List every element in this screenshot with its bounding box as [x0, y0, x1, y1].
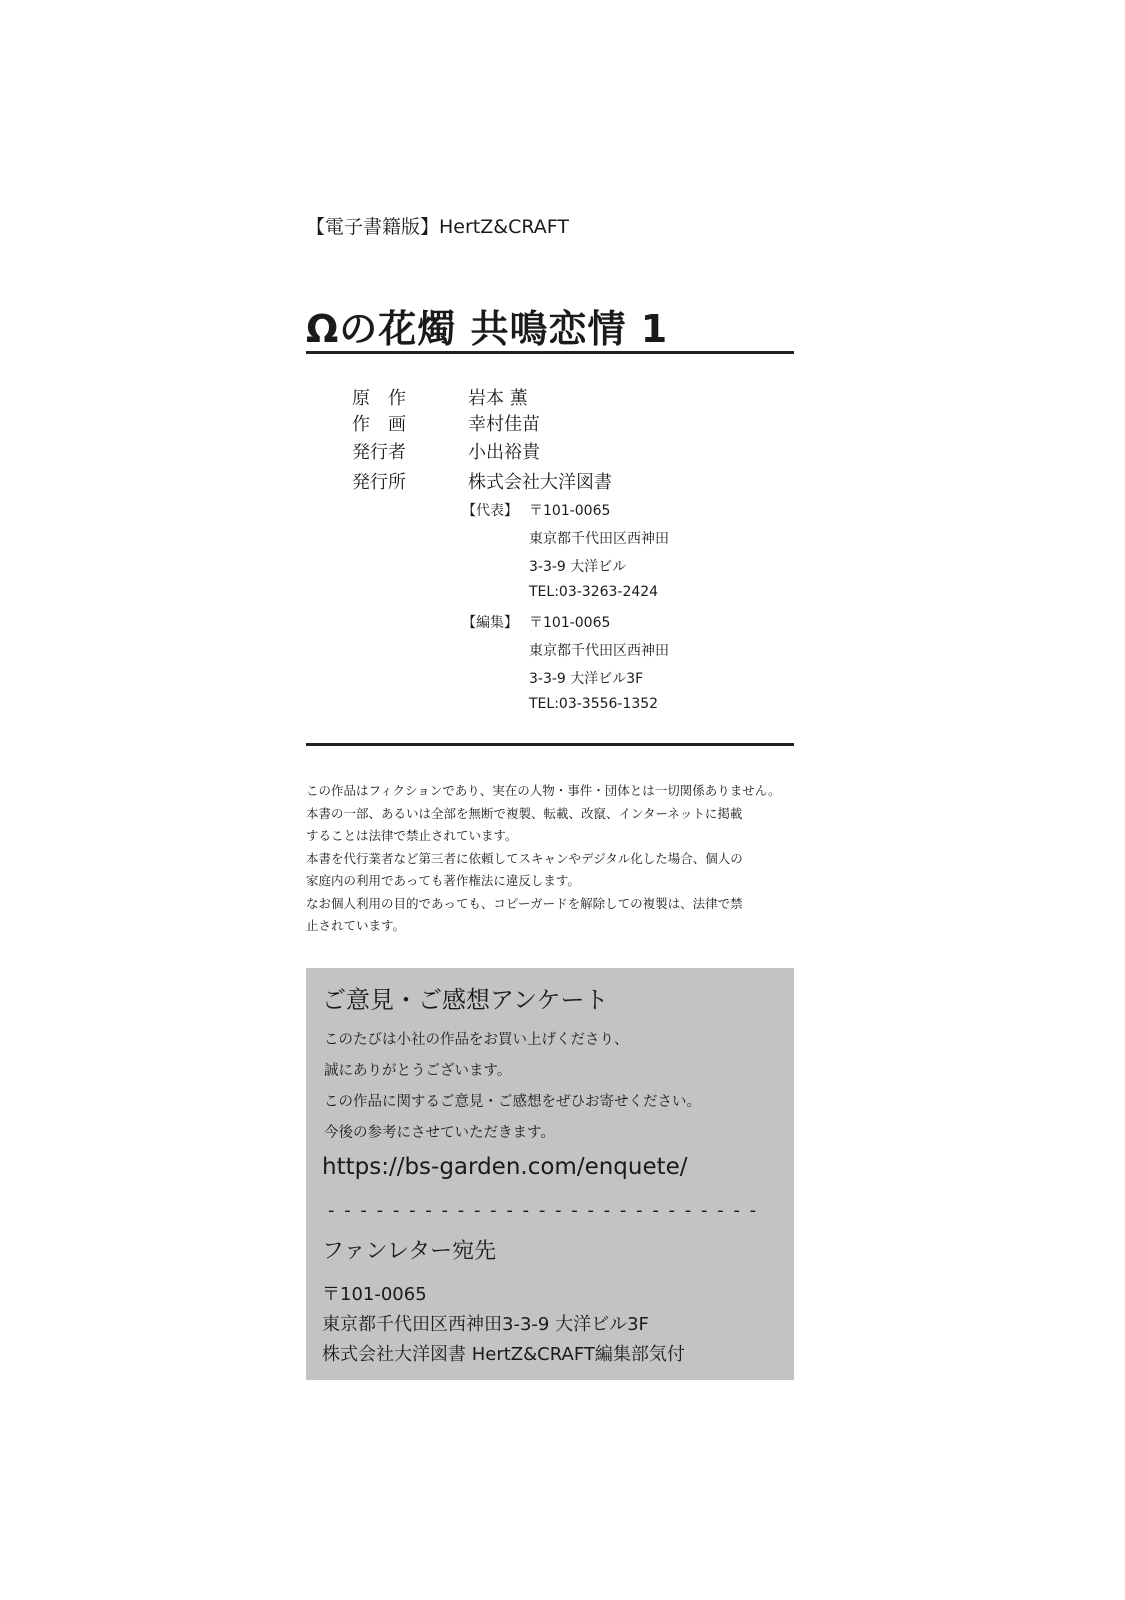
dashed-separator: - - - - - - - - - - - - - - - - - - - - … [328, 1200, 758, 1221]
address-tag: 【編集】 [462, 612, 518, 632]
survey-line: この作品に関するご意見・ご感想をぜひお寄せください。 [324, 1090, 701, 1111]
address-line: 東京都千代田区西神田 [529, 640, 669, 660]
address-line: 〒101-0065 [529, 612, 610, 632]
section-divider [306, 743, 794, 746]
notice-line: なお個人利用の目的であっても、コピーガードを解除しての複製は、法律で禁 [306, 893, 806, 916]
notice-line: 家庭内の利用であっても著作権法に違反します。 [306, 870, 806, 893]
survey-url-link[interactable]: https://bs-garden.com/enquete/ [322, 1154, 688, 1180]
credit-value: 幸村佳苗 [468, 410, 540, 436]
credit-label: 発行所 [352, 468, 406, 494]
title-divider [306, 351, 794, 354]
survey-line: 今後の参考にさせていただきます。 [324, 1121, 555, 1142]
credit-label: 原 作 [352, 384, 406, 410]
fan-letter-title: ファンレター宛先 [322, 1234, 496, 1265]
notice-line: 止されています。 [306, 915, 806, 938]
credit-value: 小出裕貴 [468, 438, 540, 464]
notice-line: この作品はフィクションであり、実在の人物・事件・団体とは一切関係ありません。 [306, 780, 806, 803]
notice-line: することは法律で禁止されています。 [306, 825, 806, 848]
address-line: 3-3-9 大洋ビル [529, 556, 626, 576]
fan-letter-line: 株式会社大洋図書 HertZ&CRAFT編集部気付 [322, 1340, 685, 1366]
credit-label: 発行者 [352, 438, 406, 464]
book-title: Ωの花燭 共鳴恋情 1 [306, 298, 668, 353]
survey-title: ご意見・ご感想アンケート [322, 980, 609, 1015]
address-line: 〒101-0065 [529, 500, 610, 520]
edition-label: 【電子書籍版】HertZ&CRAFT [306, 212, 569, 239]
legal-notice: この作品はフィクションであり、実在の人物・事件・団体とは一切関係ありません。 本… [306, 780, 806, 938]
fan-letter-line: 東京都千代田区西神田3-3-9 大洋ビル3F [322, 1310, 649, 1336]
notice-line: 本書の一部、あるいは全部を無断で複製、転載、改竄、インターネットに掲載 [306, 803, 806, 826]
address-tag: 【代表】 [462, 500, 518, 520]
credit-value: 岩本 薫 [468, 384, 528, 410]
credit-value: 株式会社大洋図書 [468, 468, 612, 494]
survey-line: 誠にありがとうございます。 [324, 1059, 511, 1080]
fan-letter-line: 〒101-0065 [322, 1280, 427, 1306]
notice-line: 本書を代行業者など第三者に依頼してスキャンやデジタル化した場合、個人の [306, 848, 806, 871]
address-line: 東京都千代田区西神田 [529, 528, 669, 548]
survey-box: ご意見・ご感想アンケート このたびは小社の作品をお買い上げくださり、 誠にありが… [306, 968, 794, 1380]
survey-line: このたびは小社の作品をお買い上げくださり、 [324, 1028, 629, 1049]
address-line: 3-3-9 大洋ビル3F [529, 668, 643, 688]
credit-label: 作 画 [352, 410, 406, 436]
address-line: TEL:03-3263-2424 [529, 584, 658, 600]
address-line: TEL:03-3556-1352 [529, 696, 658, 712]
